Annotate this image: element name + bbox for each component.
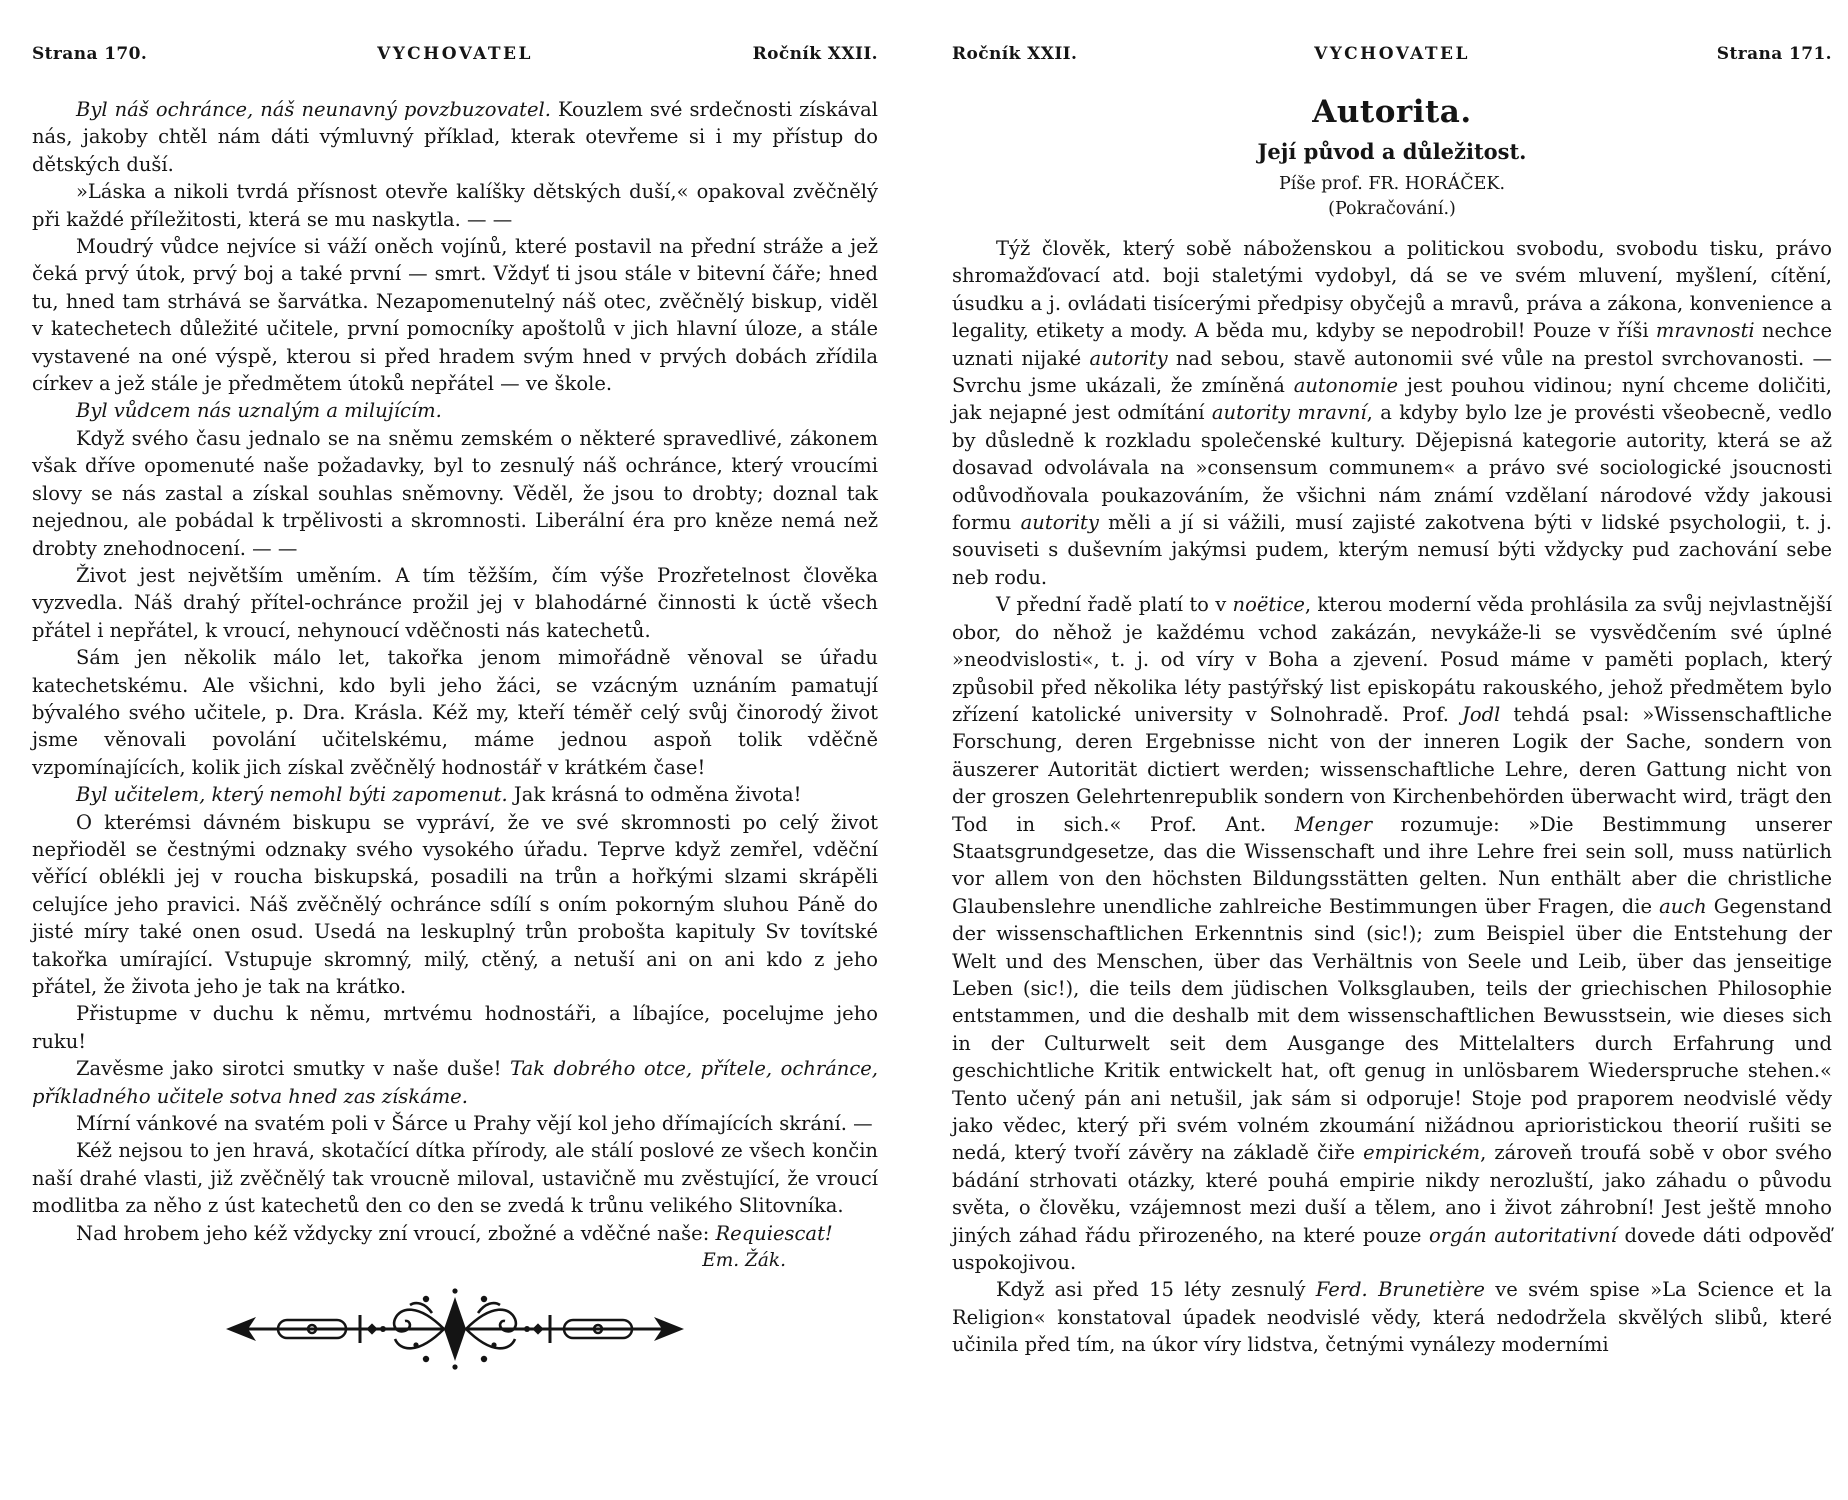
emphasized-text: autority	[1021, 511, 1099, 534]
emphasized-text: Byl vůdcem nás uznalým a milujícím.	[76, 399, 442, 422]
article-title: Autorita.	[952, 94, 1832, 130]
emphasized-text: mravnosti	[1656, 319, 1755, 342]
volume-label: Ročník XXII.	[753, 44, 878, 64]
paragraph: Zavěsme jako sirotci smutky v naše duše!…	[32, 1055, 878, 1110]
article-heading: Autorita. Její původ a důležitost. Píše …	[952, 94, 1832, 219]
emphasized-text: Ferd. Brunetière	[1316, 1278, 1485, 1301]
paragraph: Byl učitelem, který nemohl býti zapomenu…	[32, 781, 878, 808]
page-number-right: Strana 171.	[1717, 44, 1832, 64]
body-text-run: V přední řadě platí to v	[996, 593, 1233, 616]
paragraph: Moudrý vůdce nejvíce si váží oněch vojín…	[32, 233, 878, 397]
body-text-run: Život jest největším uměním. A tím těžší…	[32, 564, 878, 642]
paragraph: Kéž nejsou to jen hravá, skotačící dítka…	[32, 1137, 878, 1219]
page-171: Ročník XXII. VYCHOVATEL Strana 171. Auto…	[952, 44, 1832, 1375]
paragraph: Když asi před 15 léty zesnulý Ferd. Brun…	[952, 1276, 1832, 1358]
paragraph: »Láska a nikoli tvrdá přísnost otevře ka…	[32, 178, 878, 233]
body-text-run: Přistupme v duchu k němu, mrtvému hodnos…	[32, 1002, 878, 1052]
paragraph: Týž člověk, který sobě náboženskou a pol…	[952, 235, 1832, 591]
paragraph: Mírní vánkové na svatém poli v Šárce u P…	[32, 1110, 878, 1137]
scanned-journal-spread: Strana 170. VYCHOVATEL Ročník XXII. Byl …	[0, 0, 1848, 1500]
author-signature: Em. Žák.	[32, 1250, 878, 1271]
emphasized-text: autority	[1089, 347, 1167, 370]
emphasized-text: noëtice	[1233, 593, 1305, 616]
emphasized-text: Byl náš ochránce, náš neunavný povzbuzov…	[76, 98, 551, 121]
body-text-run: Mírní vánkové na svatém poli v Šárce u P…	[76, 1112, 873, 1135]
article-byline: Píše prof. FR. HORÁČEK.	[952, 174, 1832, 194]
body-text-run: Když asi před 15 léty zesnulý	[996, 1278, 1316, 1301]
emphasized-text: Byl učitelem, který nemohl býti zapomenu…	[76, 783, 508, 806]
ornament-row	[32, 1287, 878, 1375]
two-page-spread: Strana 170. VYCHOVATEL Ročník XXII. Byl …	[0, 0, 1848, 1375]
paragraph: Když svého času jednalo se na sněmu zems…	[32, 425, 878, 562]
page-number-left: Strana 170.	[32, 44, 147, 64]
article-body-right: Týž člověk, který sobě náboženskou a pol…	[952, 235, 1832, 1359]
fleuron-divider-icon	[220, 1356, 690, 1375]
emphasized-text: Requiescat!	[715, 1222, 832, 1245]
article-body-left: Byl náš ochránce, náš neunavný povzbuzov…	[32, 96, 878, 1247]
body-text-run: Jak krásná to odměna života!	[508, 783, 802, 806]
journal-title: VYCHOVATEL	[1314, 44, 1470, 64]
paragraph: O kterémsi dávném biskupu se vypráví, že…	[32, 809, 878, 1001]
volume-label: Ročník XXII.	[952, 44, 1077, 64]
running-head-left-page: Strana 170. VYCHOVATEL Ročník XXII.	[32, 44, 878, 68]
paragraph: Byl náš ochránce, náš neunavný povzbuzov…	[32, 96, 878, 178]
body-text-run: Moudrý vůdce nejvíce si váží oněch vojín…	[32, 235, 878, 395]
body-text-run: Gegenstand der wissenschaftlichen Erkenn…	[952, 895, 1832, 1165]
paragraph: Sám jen několik málo let, takořka jenom …	[32, 644, 878, 781]
paragraph: Život jest největším uměním. A tím těžší…	[32, 562, 878, 644]
paragraph: Byl vůdcem nás uznalým a milujícím.	[32, 397, 878, 424]
paragraph: V přední řadě platí to v noëtice, kterou…	[952, 591, 1832, 1276]
page-170: Strana 170. VYCHOVATEL Ročník XXII. Byl …	[32, 44, 878, 1375]
running-head-right-page: Ročník XXII. VYCHOVATEL Strana 171.	[952, 44, 1832, 68]
body-text-run: Zavěsme jako sirotci smutky v naše duše!	[76, 1057, 510, 1080]
emphasized-text: auch	[1659, 895, 1707, 918]
article-subtitle: Její původ a důležitost.	[952, 139, 1832, 164]
paragraph: Nad hrobem jeho kéž vždycky zní vroucí, …	[32, 1220, 878, 1247]
emphasized-text: Jodl	[1462, 703, 1500, 726]
emphasized-text: autority mravní	[1212, 401, 1367, 424]
body-text-run: Sám jen několik málo let, takořka jenom …	[32, 646, 878, 779]
emphasized-text: autonomie	[1294, 374, 1398, 397]
body-text-run: Když svého času jednalo se na sněmu zems…	[32, 427, 878, 560]
body-text-run: Kéž nejsou to jen hravá, skotačící dítka…	[32, 1139, 878, 1217]
body-text-run: O kterémsi dávném biskupu se vypráví, že…	[32, 811, 878, 998]
paragraph: Přistupme v duchu k němu, mrtvému hodnos…	[32, 1000, 878, 1055]
body-text-run: »Láska a nikoli tvrdá přísnost otevře ka…	[32, 180, 878, 230]
continuation-note: (Pokračování.)	[952, 199, 1832, 219]
emphasized-text: orgán autoritativní	[1429, 1224, 1617, 1247]
emphasized-text: Menger	[1295, 813, 1372, 836]
emphasized-text: empirickém	[1363, 1141, 1480, 1164]
journal-title: VYCHOVATEL	[377, 44, 533, 64]
body-text-run: Nad hrobem jeho kéž vždycky zní vroucí, …	[76, 1222, 715, 1245]
